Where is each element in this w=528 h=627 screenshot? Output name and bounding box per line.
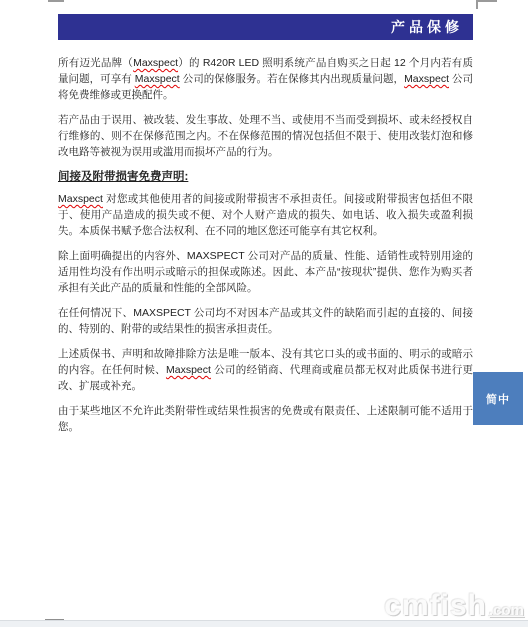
misspelled-word: Maxspect [58, 193, 103, 205]
paragraph: 除上面明确提出的内容外、MAXSPECT 公司对产品的质量、性能、适销性或特别用… [58, 248, 473, 296]
crop-mark-top-left [48, 0, 64, 2]
paragraph: Maxspect 对您或其他使用者的间接或附带损害不承担责任。间接或附带损害包括… [58, 191, 473, 239]
section-heading: 间接及附带损害免费声明: [58, 169, 473, 185]
paragraph: 所有迈光品牌（Maxspect）的 R420R LED 照明系统产品自购买之日起… [58, 55, 473, 103]
language-tab-label: 简中 [486, 391, 510, 407]
watermark-suffix: .com [489, 602, 524, 619]
text-segment: 若产品由于误用、被改装、发生事故、处理不当、或使用不当而受到损坏、或未经授权自行… [58, 114, 473, 158]
text-segment: 在任何情况下、MAXSPECT 公司均不对因本产品或其文件的缺陷而引起的直接的、… [58, 307, 473, 335]
paragraph: 若产品由于误用、被改装、发生事故、处理不当、或使用不当而受到损坏、或未经授权自行… [58, 112, 473, 160]
document-body: 所有迈光品牌（Maxspect）的 R420R LED 照明系统产品自购买之日起… [58, 55, 473, 444]
text-segment: 间接及附带损害免费声明: [58, 171, 188, 183]
misspelled-word: Maxspect [166, 364, 211, 376]
text-segment: 所有迈光品牌（ [58, 57, 133, 69]
watermark: cmfish.com [384, 589, 524, 623]
text-segment: 由于某些地区不允许此类附带性或结果性损害的免费或有限责任、上述限制可能不适用于您… [58, 405, 473, 433]
page-title: 产品保修 [391, 17, 463, 37]
paragraph: 上述质保书、声明和故障排除方法是唯一版本、没有其它口头的或书面的、明示的或暗示的… [58, 346, 473, 394]
watermark-text: cmfish [384, 589, 487, 622]
misspelled-word: Maxspect [133, 57, 178, 69]
paragraph: 由于某些地区不允许此类附带性或结果性损害的免费或有限责任、上述限制可能不适用于您… [58, 403, 473, 435]
section-title-bar: 产品保修 [58, 14, 473, 40]
text-segment: 除上面明确提出的内容外、MAXSPECT 公司对产品的质量、性能、适销性或特别用… [58, 250, 473, 294]
misspelled-word: Maxspect [404, 73, 449, 85]
text-segment: 公司的保修服务。若在保修其内出现质量问题， [180, 73, 404, 85]
paragraph: 在任何情况下、MAXSPECT 公司均不对因本产品或其文件的缺陷而引起的直接的、… [58, 305, 473, 337]
misspelled-word: Maxspect [135, 73, 180, 85]
crop-mark-top-right [476, 0, 497, 9]
text-segment: 对您或其他使用者的间接或附带损害不承担责任。间接或附带损害包括但不限于、使用产品… [58, 193, 473, 237]
language-tab[interactable]: 简中 [473, 372, 523, 425]
document-page: 产品保修 所有迈光品牌（Maxspect）的 R420R LED 照明系统产品自… [0, 0, 528, 627]
